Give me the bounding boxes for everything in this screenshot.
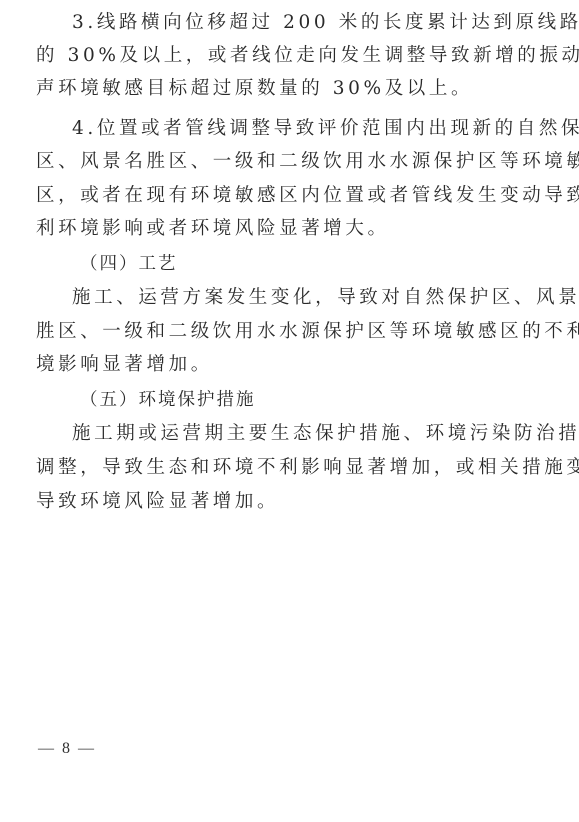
process-line-3: 境影响显著增加。 (36, 353, 546, 377)
measures-line-3: 导致环境风险显著增加。 (36, 490, 546, 514)
item-3-line-3: 声环境敏感目标超过原数量的 30%及以上。 (36, 77, 546, 101)
item-3-line-1: 3.线路横向位移超过 200 米的长度累计达到原线路长度 (72, 11, 546, 35)
process-line-2: 胜区、一级和二级饮用水水源保护区等环境敏感区的不利环 (36, 320, 546, 344)
measures-line-1: 施工期或运营期主要生态保护措施、环境污染防治措施 (72, 422, 546, 446)
process-line-1: 施工、运营方案发生变化，导致对自然保护区、风景名 (72, 286, 546, 310)
item-4-line-1: 4.位置或者管线调整导致评价范围内出现新的自然保护 (72, 117, 546, 141)
section-heading-measures: （五）环境保护措施 (80, 388, 579, 412)
item-4-line-3: 区，或者在现有环境敏感区内位置或者管线发生变动导致不 (36, 184, 546, 208)
measures-line-2: 调整，导致生态和环境不利影响显著增加，或相关措施变动 (36, 456, 546, 480)
section-heading-process: （四）工艺 (80, 252, 579, 276)
item-4-line-4: 利环境影响或者环境风险显著增大。 (36, 217, 546, 241)
document-page: 3.线路横向位移超过 200 米的长度累计达到原线路长度 的 30%及以上，或者… (0, 0, 579, 822)
page-number: — 8 — (38, 740, 96, 758)
item-3-line-2: 的 30%及以上，或者线位走向发生调整导致新增的振动或者 (36, 44, 546, 68)
item-4-line-2: 区、风景名胜区、一级和二级饮用水水源保护区等环境敏感 (36, 150, 546, 174)
